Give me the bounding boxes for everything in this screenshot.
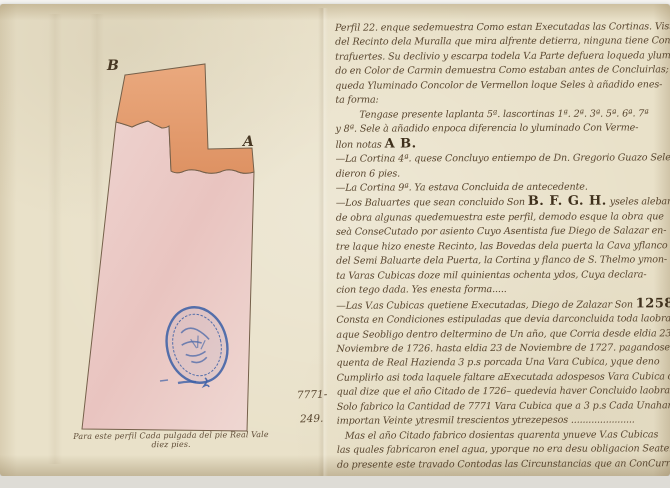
manuscript-line: de obra algunas quedemuestra este perfil… xyxy=(336,210,670,226)
point-label-b: B xyxy=(107,58,119,74)
manuscript-line: seà ConseCutado por asiento Cuyo Asentis… xyxy=(336,225,670,241)
margin-note: 249. xyxy=(300,413,324,426)
manuscript-line: tre laque hizo eneste Recinto, las Boved… xyxy=(336,239,670,255)
scale-caption: Para este perfil Cada pulgada del pie Re… xyxy=(66,430,276,450)
manuscript-line: llon notas A B. xyxy=(336,136,670,153)
manuscript-line: queda Yluminado Concolor de Vermellon lo… xyxy=(335,78,669,94)
scan-background-bottom xyxy=(0,476,670,488)
manuscript-line: trafuertes. Su declivio y escarpa todela… xyxy=(335,49,669,65)
margin-note: 7771- xyxy=(297,388,328,401)
manuscript-line: importan Veinte ytresmil trescientos ytr… xyxy=(337,414,670,430)
manuscript-line: Perfil 22. enque sedemuestra Como estan … xyxy=(335,20,669,36)
manuscript-lines: Perfil 22. enque sedemuestra Como estan … xyxy=(335,20,670,472)
point-label-a: A xyxy=(243,134,254,150)
manuscript-line: Noviembre de 1726. hasta eldia 23 de Nov… xyxy=(336,341,670,357)
manuscript-line: del Recinto dela Muralla que mira alfren… xyxy=(335,35,669,51)
manuscript-line: las quales fabricaron enel agua, yporque… xyxy=(337,442,670,458)
manuscript-line: Tengase presente laplanta 5ª. lascortina… xyxy=(335,107,669,123)
manuscript-line: ta forma: xyxy=(335,93,669,109)
paper-streak xyxy=(90,14,104,314)
manuscript-line: Cumplirlo asi toda laquele faltare aExec… xyxy=(337,370,670,386)
manuscript-line: del Semi Baluarte dela Puerta, la Cortin… xyxy=(336,254,670,270)
manuscript-line: —La Cortina 4ª. quese Concluyo entiempo … xyxy=(336,151,670,167)
manuscript-line: do presente este travado Contodas las Ci… xyxy=(337,457,670,473)
manuscript-line: do en Color de Carmin demuestra Como est… xyxy=(335,64,669,80)
manuscript-line: Solo fabrico la Cantidad de 7771 Vara Cu… xyxy=(337,399,670,415)
page-fold-crease xyxy=(318,8,328,480)
manuscript-line: —Los Baluartes que sean concluido Son B.… xyxy=(336,195,670,212)
manuscript-line: —La Cortina 9ª. Ya estava Concluida de a… xyxy=(336,180,670,196)
manuscript-line: Mas el año Citado fabrico dosientas quar… xyxy=(337,428,670,444)
manuscript-line: dieron 6 pies. xyxy=(336,166,670,182)
manuscript-line: cion tego dada. Yes enesta forma..... xyxy=(336,282,670,298)
manuscript-line: Consta en Condiciones estipuladas que de… xyxy=(336,312,670,328)
manuscript-line: y 8ª. Sele à añadido enpoca diferencia l… xyxy=(335,121,669,137)
manuscript-line: —Las V.as Cubicas quetiene Executadas, D… xyxy=(336,297,670,314)
manuscript-line: aque Seobligo dentro deltermino de Un añ… xyxy=(336,327,670,343)
paper-streak xyxy=(48,14,62,464)
manuscript-text: Perfil 22. enque sedemuestra Como estan … xyxy=(335,20,670,472)
manuscript-line: ta Varas Cubicas doze mil quinientas och… xyxy=(336,268,670,284)
manuscript-line: quenta de Real Hazienda 3 p.s porcada Un… xyxy=(336,356,670,372)
manuscript-line: qual dize que el año Citado de 1726– que… xyxy=(337,385,670,401)
